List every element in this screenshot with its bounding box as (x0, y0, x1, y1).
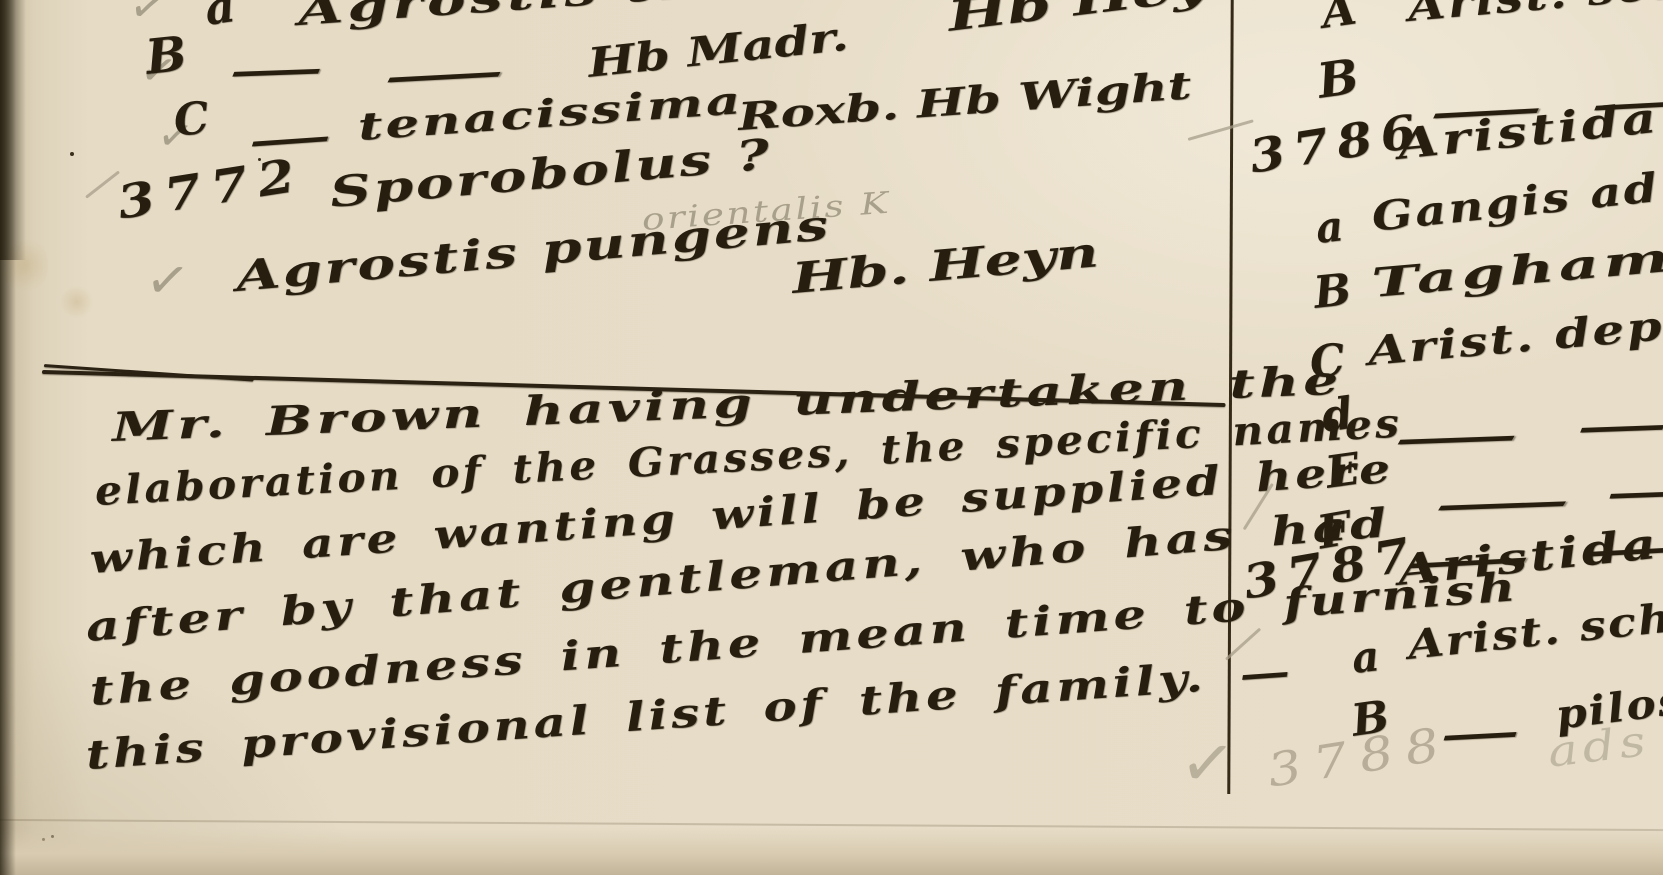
r-entry-taghamau-text: Taghamau (1370, 229, 1663, 303)
r-entry-3787-text: Aristida (1396, 523, 1662, 592)
r-entry-gangis-text: Gangis ad c (1370, 163, 1663, 238)
entry-b-source: Hb Madr. (586, 17, 850, 84)
r-entry-d-ditto-2: — (1575, 405, 1663, 448)
r-entry-depressa-text: Arist. depr (1366, 304, 1663, 372)
entry-b-ditto-2: — (381, 52, 501, 98)
pencil-checkmark-icon: ✓ (1177, 728, 1239, 799)
r-entry-b-letter: B (1315, 53, 1362, 106)
r-entry-e-letter: E (1323, 448, 1362, 496)
entry-3772-number: 3772 (114, 151, 308, 226)
r-entry-d-letter: d (1319, 392, 1356, 440)
r-entry-gangis-letter: a (1314, 205, 1345, 250)
r-entry-scha-letter: a (1350, 635, 1381, 680)
pencil-checkmark-icon: ✓ (142, 252, 192, 310)
r-entry-d-ditto-1: — (1391, 416, 1514, 460)
entry-tremula-source: Hb Heyn (945, 0, 1255, 38)
scan-left-edge-dark (0, 0, 26, 260)
entry-b-ditto-1: — (227, 49, 320, 92)
pencil-number-3788: 3788 (1264, 719, 1454, 793)
paper-stain (60, 285, 94, 319)
entry-b-letter: B (143, 30, 188, 82)
r-entry-a-text: Arist. seta (1406, 0, 1663, 28)
r-entry-depressa-letter: C (1308, 338, 1347, 385)
entry-pungens-source: Hb. Heyn (790, 231, 1100, 300)
page-bottom-edge-shadow (0, 828, 1663, 875)
r-entry-a-letter: A (1319, 0, 1359, 36)
entry-pungens-name: Agrostis pungens (234, 204, 832, 298)
r-entry-e-ditto-2: — (1605, 471, 1663, 513)
pencil-slash-mark (1188, 119, 1254, 141)
r-entry-e-ditto-1: — (1431, 481, 1565, 526)
entry-tremula-letter: a (202, 0, 238, 32)
manuscript-page: ✓ a Agrostis tremula Hb Heyn ✓ B — — Hb … (0, 0, 1663, 875)
entry-c-letter: C (172, 96, 211, 143)
ink-speck (70, 152, 74, 156)
entry-c-source: Roxb. Hb Wight (737, 66, 1193, 136)
r-entry-taghamau-letter: B (1312, 268, 1354, 316)
pencil-word-ads: ads (1545, 720, 1652, 774)
